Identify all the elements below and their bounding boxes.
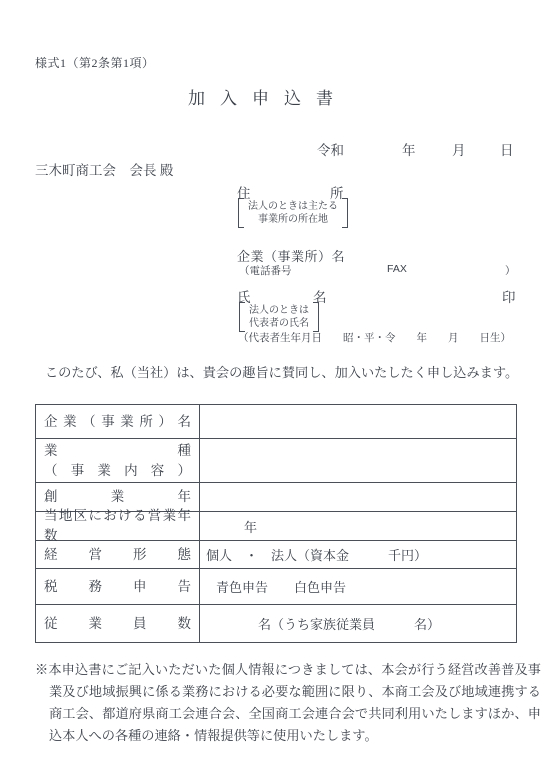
right-bracket — [313, 302, 319, 332]
row-value — [200, 483, 516, 511]
row-label: 経 営 形 態 — [36, 541, 200, 568]
table-row-business-type: 業 種 （ 事 業 内 容 ） — [36, 439, 516, 483]
declaration-sentence: このたび、私（当社）は、貴会の趣旨に賛同し、加入いたしたく申し込みます。 — [45, 362, 518, 381]
right-bracket — [342, 198, 348, 228]
table-row-employee-count: 従 業 員 数 名（うち家族従業員 名） — [36, 605, 516, 642]
row-label: 当地区における営業年数 — [36, 512, 200, 540]
row-value: 年 — [200, 512, 516, 540]
row-label: 企 業 （ 事 業 所 ） 名 — [36, 405, 200, 438]
table-row-company-name: 企 業 （ 事 業 所 ） 名 — [36, 405, 516, 439]
form-number-label: 様式1（第2条第1項） — [35, 54, 155, 71]
addressee-line: 三木町商工会 会長 殿 — [35, 159, 173, 179]
month-label: 月 — [452, 139, 466, 159]
table-row-tax-declaration: 税 務 申 告 青色申告 白色申告 — [36, 569, 516, 605]
phone-close-paren: ） — [505, 263, 516, 278]
row-value: 名（うち家族従業員 名） — [200, 605, 516, 642]
row-value — [200, 439, 516, 482]
address-note-text: 法人のときは主たる 事業所の所在地 — [244, 198, 342, 228]
row-label: 業 種 （ 事 業 内 容 ） — [36, 439, 200, 482]
row-value — [200, 405, 516, 438]
seal-label: 印 — [502, 286, 516, 306]
era-label: 令和 — [317, 139, 344, 159]
application-details-table: 企 業 （ 事 業 所 ） 名 業 種 （ 事 業 内 容 ） 創 業 年 当地… — [35, 404, 517, 643]
name-note-text: 法人のときは 代表者の氏名 — [245, 302, 313, 332]
row-value: 青色申告 白色申告 — [200, 569, 516, 604]
page-title: 加入申込書 — [188, 84, 348, 109]
personal-information-notice: ※本申込書にご記入いただいた個人情報につきましては、本会が行う経営改善普及事業及… — [35, 659, 541, 747]
table-row-years-in-district: 当地区における営業年数 年 — [36, 512, 516, 541]
membership-application-form: 様式1（第2条第1項） 加入申込書 令和 年 月 日 三木町商工会 会長 殿 住… — [0, 0, 554, 767]
phone-number-label: （電話番号 — [239, 263, 292, 278]
name-corporate-note: 法人のときは 代表者の氏名 — [239, 302, 319, 332]
year-label: 年 — [402, 139, 416, 159]
address-corporate-note: 法人のときは主たる 事業所の所在地 — [238, 198, 348, 228]
day-label: 日 — [500, 139, 514, 159]
row-label: 従 業 員 数 — [36, 605, 200, 642]
table-row-management-form: 経 営 形 態 個人 ・ 法人（資本金 千円） — [36, 541, 516, 569]
row-label: 税 務 申 告 — [36, 569, 200, 604]
row-value: 個人 ・ 法人（資本金 千円） — [200, 541, 516, 568]
representative-birthdate-line: （代表者生年月日 昭・平・令 年 月 日生） — [238, 330, 511, 345]
fax-label: FAX — [387, 263, 407, 275]
